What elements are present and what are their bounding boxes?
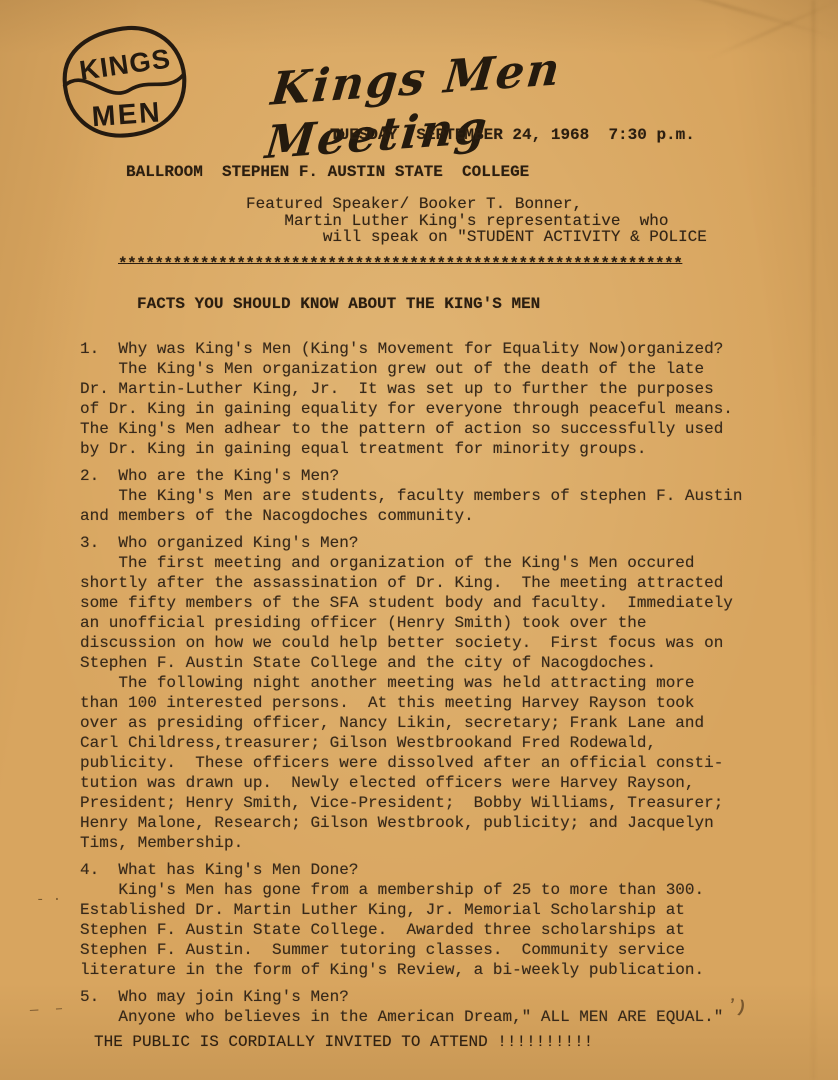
faq-item-4: 4. What has King's Men Done? King's Men … [80, 860, 743, 980]
asterisk-divider: ****************************************… [118, 255, 682, 273]
stray-pen-mark: — – [30, 1001, 68, 1019]
handwritten-title: Kings Men Meeting [263, 29, 753, 170]
logo-bottom-text: MEN [91, 96, 163, 133]
faq-item-2: 2. Who are the King's Men? The King's Me… [80, 466, 743, 526]
featured-speaker-block: Featured Speaker/ Booker T. Bonner, Mart… [246, 196, 707, 246]
faq-item-1: 1. Why was King's Men (King's Movement f… [80, 339, 743, 459]
stray-pen-mark: ʼ) [724, 996, 748, 1019]
paper-edge-shadow [812, 0, 815, 1080]
kings-men-logo: KINGS MEN [54, 24, 196, 140]
event-venue: BALLROOM STEPHEN F. AUSTIN STATE COLLEGE [126, 163, 529, 181]
logo-top-text: KINGS [77, 42, 173, 86]
stray-pen-mark: - · [36, 892, 61, 908]
faq-item-3: 3. Who organized King's Men? The first m… [80, 533, 743, 853]
faq-item-5: 5. Who may join King's Men? Anyone who b… [80, 987, 743, 1027]
facts-heading: FACTS YOU SHOULD KNOW ABOUT THE KING'S M… [137, 295, 540, 313]
faq-body: 1. Why was King's Men (King's Movement f… [80, 339, 743, 1052]
event-datetime: TUESDAY SEPTEMBER 24, 1968 7:30 p.m. [330, 126, 695, 144]
public-invitation-line: THE PUBLIC IS CORDIALLY INVITED TO ATTEN… [94, 1032, 743, 1052]
scanned-flyer-page: KINGS MEN Kings Men Meeting TUESDAY SEPT… [0, 0, 838, 1080]
